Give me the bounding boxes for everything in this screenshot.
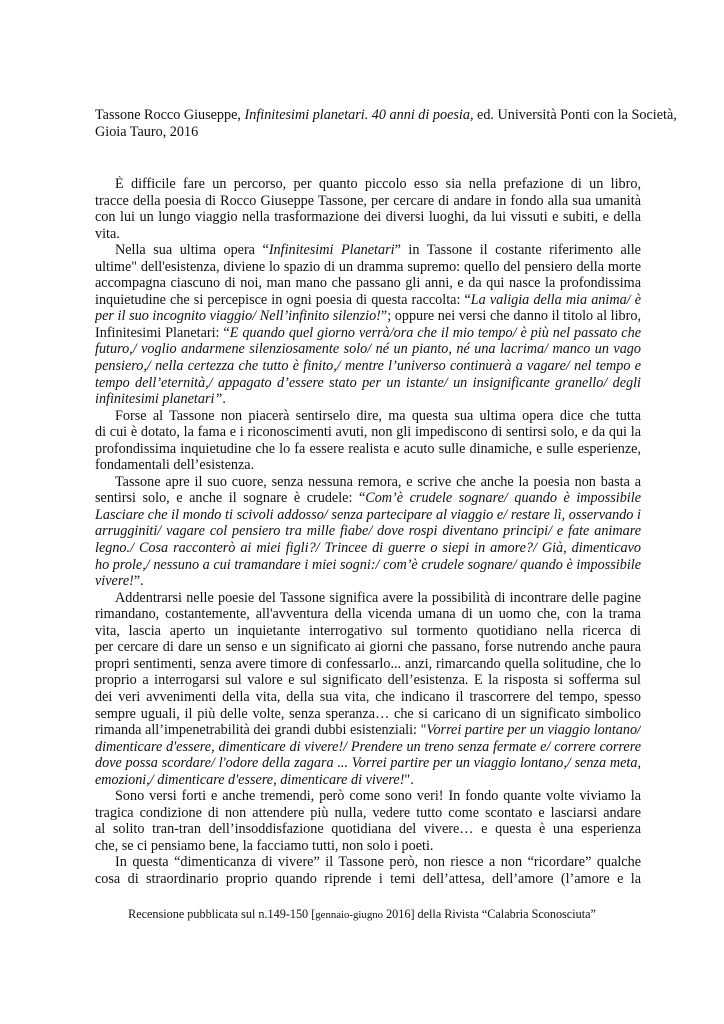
text-segment: Addentrarsi nelle poesie del Tassone sig… — [115, 590, 641, 607]
text-line: vita, lascia aperto un inquietante inter… — [95, 623, 641, 640]
text-line: vita. — [95, 226, 641, 243]
text-line: In questa “dimenticanza di vivere” il Ta… — [95, 854, 641, 871]
text-segment: Forse al Tassone non piacerà sentirselo … — [115, 408, 641, 425]
text-line: rimandano, costantemente, all'avventura … — [95, 606, 641, 623]
paragraph: Tassone apre il suo cuore, senza nessuna… — [95, 474, 641, 590]
text-segment: Tassone apre il suo cuore, senza nessuna… — [115, 474, 641, 491]
text-segment: per cercare di dare un senso e un signif… — [95, 639, 641, 656]
text-line: propri sentimenti, senza avere timore di… — [95, 656, 641, 673]
text-segment: profondissima inquietudine che lo fa ess… — [95, 441, 641, 457]
text-segment: propri sentimenti, senza avere timore di… — [95, 656, 641, 673]
text-line: Tassone apre il suo cuore, senza nessuna… — [95, 474, 641, 491]
text-segment: vita, lascia aperto un inquietante inter… — [95, 623, 641, 640]
text-segment: che, se ci pensiamo bene, la facciamo tu… — [95, 838, 433, 854]
text-line: proprio a interrogarsi sul valore e sul … — [95, 672, 641, 689]
text-line: sempre uguali, il più delle volte, senza… — [95, 706, 641, 723]
text-line: profondissima inquietudine che lo fa ess… — [95, 441, 641, 458]
text-segment: Sono versi forti e anche tremendi, però … — [115, 788, 641, 804]
text-line: sentirsi solo, e anche il sognare è crud… — [95, 490, 641, 507]
text-segment: rimandano, costantemente, all'avventura … — [95, 606, 641, 623]
text-line: Nella sua ultima opera “Infinitesimi Pla… — [95, 242, 641, 259]
publication-note-year: 2016 — [383, 907, 410, 921]
text-line: inquietudine che si percepisce in ogni p… — [95, 292, 641, 309]
quoted-verse: per il suo incognito viaggio/ Nell’infin… — [95, 308, 381, 324]
text-segment: dei veri avvenimenti della vita, della s… — [95, 689, 641, 706]
text-line: cosa di straordinario proprio quando rip… — [95, 871, 641, 888]
paragraph: Forse al Tassone non piacerà sentirselo … — [95, 408, 641, 474]
text-segment: Infinitesimi Planetari: “ — [95, 325, 230, 341]
text-line: Addentrarsi nelle poesie del Tassone sig… — [95, 590, 641, 607]
quoted-verse: legno./ Cosa racconterò ai miei figli?/ … — [95, 540, 641, 557]
text-line: dimenticare d'essere, dimenticare di viv… — [95, 739, 641, 756]
citation-line-2: Gioia Tauro, 2016 — [95, 124, 655, 141]
text-line: emozioni,/ dimenticare d'essere, dimenti… — [95, 772, 641, 789]
quoted-verse: infinitesimi planetari” — [95, 391, 222, 407]
publication-note-prefix: Recensione pubblicata sul n.149-150 [ — [128, 907, 315, 921]
text-line: legno./ Cosa racconterò ai miei figli?/ … — [95, 540, 641, 557]
quoted-verse: Lasciare che il mondo ti scivoli addosso… — [95, 507, 641, 524]
text-segment: con lui un lungo viaggio nella trasforma… — [95, 209, 641, 226]
text-line: ultime" dell'esistenza, diviene lo spazi… — [95, 259, 641, 276]
paragraph: Nella sua ultima opera “Infinitesimi Pla… — [95, 242, 641, 407]
paragraph: Sono versi forti e anche tremendi, però … — [95, 788, 641, 854]
text-line: Sono versi forti e anche tremendi, però … — [95, 788, 641, 805]
quoted-verse: vivere! — [95, 573, 134, 589]
paragraph: Addentrarsi nelle poesie del Tassone sig… — [95, 590, 641, 789]
quoted-verse: futuro,/ voglio andarmene silenziosament… — [95, 341, 641, 357]
text-line: rimanda all’impenetrabilità dei grandi d… — [95, 722, 641, 739]
publication-note-suffix: ] della Rivista “Calabria Sconosciuta” — [410, 907, 595, 921]
text-segment: ”; oppure nei versi che danno il titolo … — [381, 308, 641, 324]
text-line: Lasciare che il mondo ti scivoli addosso… — [95, 507, 641, 524]
citation-line-1: Tassone Rocco Giuseppe, Infinitesimi pla… — [95, 107, 655, 124]
quoted-verse: dove possa scordare/ l'odore della zagar… — [95, 755, 641, 772]
quoted-verse: emozioni,/ dimenticare d'essere, dimenti… — [95, 772, 404, 788]
text-line: Infinitesimi Planetari: “E quando quel g… — [95, 325, 641, 342]
quoted-verse: Vorrei partire per un viaggio lontano/ — [426, 722, 641, 738]
publication-note: Recensione pubblicata sul n.149-150 [gen… — [0, 906, 724, 923]
quoted-verse: tempo dell’eternità,/ appagato d’essere … — [95, 375, 641, 391]
review-body: È difficile fare un percorso, per quanto… — [95, 176, 641, 888]
text-segment: al solito tran-tran dell’insoddisfazione… — [95, 821, 641, 837]
text-line: che, se ci pensiamo bene, la facciamo tu… — [95, 838, 641, 855]
text-line: tracce della poesia di Rocco Giuseppe Ta… — [95, 193, 641, 210]
text-segment: cosa di straordinario proprio quando rip… — [95, 871, 641, 887]
text-segment: ". — [404, 772, 413, 788]
text-segment: proprio a interrogarsi sul valore e sul … — [95, 672, 641, 689]
text-segment: accompagna ciascuno di noi, man mano che… — [95, 275, 641, 291]
paragraph: In questa “dimenticanza di vivere” il Ta… — [95, 854, 641, 887]
text-segment: È difficile fare un percorso, per quanto… — [115, 176, 641, 193]
text-segment: In questa “dimenticanza di vivere” il Ta… — [115, 854, 641, 870]
quoted-verse: arrugginiti/ vagare col pensiero tra mil… — [95, 523, 641, 540]
bibliographic-citation: Tassone Rocco Giuseppe, Infinitesimi pla… — [95, 107, 655, 140]
text-line: di cui è dotato, la fama e i riconoscime… — [95, 424, 641, 441]
text-line: Forse al Tassone non piacerà sentirselo … — [95, 408, 641, 425]
text-line: dei veri avvenimenti della vita, della s… — [95, 689, 641, 706]
text-segment: inquietudine che si percepisce in ogni p… — [95, 292, 471, 308]
text-line: dove possa scordare/ l'odore della zagar… — [95, 755, 641, 772]
text-segment: tracce della poesia di Rocco Giuseppe Ta… — [95, 193, 641, 210]
text-line: pensiero,/ nella certezza che tutto è fi… — [95, 358, 641, 375]
text-line: per cercare di dare un senso e un signif… — [95, 639, 641, 656]
text-line: fondamentali dell’esistenza. — [95, 457, 641, 474]
text-segment: ”. — [134, 573, 144, 589]
text-line: tempo dell’eternità,/ appagato d’essere … — [95, 375, 641, 392]
text-segment: tragica condizione di non attendere più … — [95, 805, 641, 821]
text-segment: rimanda all’impenetrabilità dei grandi d… — [95, 722, 426, 738]
text-line: al solito tran-tran dell’insoddisfazione… — [95, 821, 641, 838]
text-line: futuro,/ voglio andarmene silenziosament… — [95, 341, 641, 358]
quoted-verse: ho prole,/ nessuno a cui tramandare i mi… — [95, 557, 641, 573]
text-segment: fondamentali dell’esistenza. — [95, 457, 254, 473]
document-page: Tassone Rocco Giuseppe, Infinitesimi pla… — [0, 0, 724, 1024]
text-line: tragica condizione di non attendere più … — [95, 805, 641, 822]
text-line: infinitesimi planetari”. — [95, 391, 641, 408]
text-segment: Nella sua ultima opera “ — [115, 242, 269, 258]
quoted-verse: Infinitesimi Planetari — [269, 242, 395, 258]
text-line: vivere!”. — [95, 573, 641, 590]
quoted-verse: pensiero,/ nella certezza che tutto è fi… — [95, 358, 641, 375]
text-line: con lui un lungo viaggio nella trasforma… — [95, 209, 641, 226]
text-line: È difficile fare un percorso, per quanto… — [95, 176, 641, 193]
citation-publisher: , ed. Università Ponti con la Società, — [470, 107, 677, 123]
publication-note-dates: gennaio-giugno — [315, 909, 383, 921]
text-segment: sempre uguali, il più delle volte, senza… — [95, 706, 641, 723]
citation-title: Infinitesimi planetari. 40 anni di poesi… — [245, 107, 470, 123]
quoted-verse: dimenticare d'essere, dimenticare di viv… — [95, 739, 641, 756]
text-segment: ultime" dell'esistenza, diviene lo spazi… — [95, 259, 641, 276]
text-line: per il suo incognito viaggio/ Nell’infin… — [95, 308, 641, 325]
text-line: accompagna ciascuno di noi, man mano che… — [95, 275, 641, 292]
text-line: arrugginiti/ vagare col pensiero tra mil… — [95, 523, 641, 540]
text-segment: vita. — [95, 226, 120, 242]
text-line: ho prole,/ nessuno a cui tramandare i mi… — [95, 557, 641, 574]
text-segment: sentirsi solo, e anche il sognare è crud… — [95, 490, 365, 506]
paragraph: È difficile fare un percorso, per quanto… — [95, 176, 641, 242]
citation-author: Tassone Rocco Giuseppe, — [95, 107, 245, 123]
text-segment: . — [222, 391, 226, 407]
text-segment: di cui è dotato, la fama e i riconoscime… — [95, 424, 641, 440]
